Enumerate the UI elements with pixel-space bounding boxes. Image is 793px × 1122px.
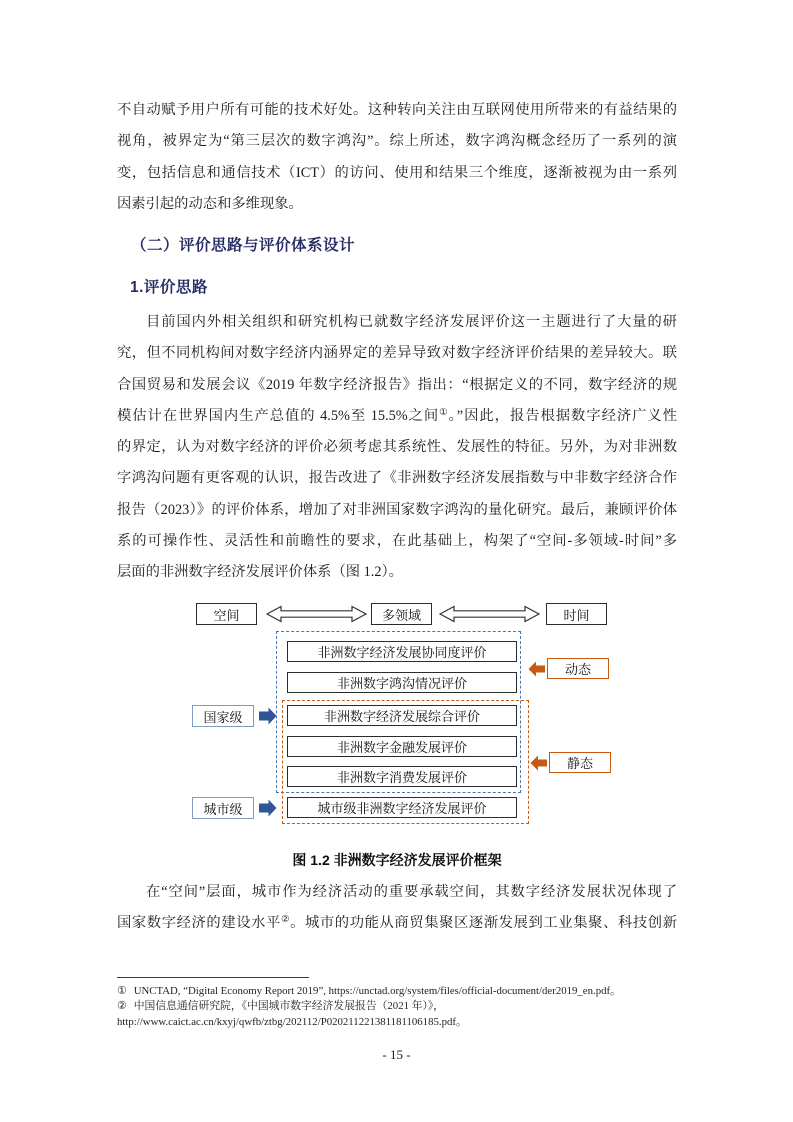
dimension-box-multidomain: 多领域 [371, 603, 432, 625]
text-line: 在“空间”层面，城市作为经济活动的重要承载空间，其数字经济发展状况体现了 [117, 877, 677, 908]
main-paragraph: 目前国内外相关组织和研究机构已就数字经济发展评价这一主题进行了大量的研 究，但不… [117, 307, 677, 589]
footnote-text: UNCTAD, “Digital Economy Report 2019”, h… [134, 985, 621, 997]
mode-box-dynamic: 动态 [547, 658, 609, 679]
text-segment: 。城市的功能从商贸集聚区逐渐发展到工业集聚、科技创新 [290, 915, 677, 931]
dimension-box-space: 空间 [196, 603, 257, 625]
footnote-ref-1: ① [439, 408, 449, 418]
footnote-continuation: http://www.caict.ac.cn/kxyj/qwfb/ztbg/20… [117, 1015, 683, 1030]
right-arrow-icon [259, 799, 277, 817]
right-arrow-icon [259, 707, 277, 725]
mode-box-static: 静态 [549, 752, 611, 773]
double-arrow-icon [439, 605, 540, 623]
footnote-marker: ① [117, 985, 127, 997]
text-line: 字鸿沟问题有更客观的认识，报告改进了《非洲数字经济发展指数与中非数字经济合作 [117, 463, 677, 494]
text-line: 变，包括信息和通信技术（ICT）的访问、使用和结果三个维度，逐渐被视为由一系列 [117, 158, 677, 189]
text-line: 视角，被界定为“第三层次的数字鸿沟”。综上所述，数字鸿沟概念经历了一系列的演 [117, 126, 677, 157]
double-arrow-icon [266, 605, 367, 623]
evaluation-box-consumption: 非洲数字消费发展评价 [287, 766, 517, 787]
text-line: 层面的非洲数字经济发展评价体系（图 1.2）。 [117, 557, 677, 588]
figure-caption: 图 1.2 非洲数字经济发展评价框架 [117, 850, 677, 870]
footnote-marker: ② [117, 1000, 127, 1012]
left-arrow-icon [530, 755, 547, 771]
text-segment: 模估计在世界国内生产总值的 4.5%至 15.5%之间 [117, 408, 439, 424]
static-group-frame [282, 700, 529, 824]
level-box-city: 城市级 [192, 797, 254, 819]
text-line: 不自动赋予用户所有可能的技术好处。这种转向关注由互联网使用所带来的有益结果的 [117, 95, 677, 126]
footnote-item: ②中国信息通信研究院，《中国城市数字经济发展报告（2021 年）》， [117, 999, 683, 1014]
footnote-item: ①UNCTAD, “Digital Economy Report 2019”, … [117, 984, 683, 999]
text-segment: 。”因此，报告根据数字经济广义性 [449, 408, 677, 424]
level-box-national: 国家级 [192, 705, 254, 727]
footnotes: ①UNCTAD, “Digital Economy Report 2019”, … [117, 984, 683, 1030]
text-segment: 国家数字经济的建设水平 [117, 915, 281, 931]
intro-paragraph: 不自动赋予用户所有可能的技术好处。这种转向关注由互联网使用所带来的有益结果的 视… [117, 95, 677, 220]
evaluation-box-digital-divide: 非洲数字鸿沟情况评价 [287, 672, 517, 693]
text-line: 目前国内外相关组织和研究机构已就数字经济发展评价这一主题进行了大量的研 [117, 307, 677, 338]
footnote-separator [117, 977, 309, 978]
text-line: 的界定，认为对数字经济的评价必须考虑其系统性、发展性的特征。另外，为对非洲数 [117, 432, 677, 463]
evaluation-box-finance: 非洲数字金融发展评价 [287, 736, 517, 757]
text-line: 系的可操作性、灵活性和前瞻性的要求，在此基础上，构架了“空间-多领域-时间”多 [117, 526, 677, 557]
section-heading: （二）评价思路与评价体系设计 [117, 233, 355, 255]
dimension-box-time: 时间 [546, 603, 607, 625]
evaluation-box-comprehensive: 非洲数字经济发展综合评价 [287, 705, 517, 726]
bottom-paragraph: 在“空间”层面，城市作为经济活动的重要承载空间，其数字经济发展状况体现了 国家数… [117, 877, 677, 940]
page-number: - 15 - [0, 1047, 793, 1063]
evaluation-box-city-level: 城市级非洲数字经济发展评价 [287, 797, 517, 818]
footnote-ref-2: ② [281, 915, 290, 925]
sub-heading: 1.评价思路 [117, 275, 208, 297]
text-line: 究，但不同机构间对数字经济内涵界定的差异导致对数字经济评价结果的差异较大。联 [117, 338, 677, 369]
document-page: 不自动赋予用户所有可能的技术好处。这种转向关注由互联网使用所带来的有益结果的 视… [0, 0, 793, 1122]
footnote-text: 中国信息通信研究院，《中国城市数字经济发展报告（2021 年）》， [134, 1000, 444, 1012]
text-line: 因素引起的动态和多维现象。 [117, 189, 677, 220]
text-line: 国家数字经济的建设水平②。城市的功能从商贸集聚区逐渐发展到工业集聚、科技创新 [117, 908, 677, 939]
text-line: 报告（2023）》的评价体系，增加了对非洲国家数字鸿沟的量化研究。最后，兼顾评价… [117, 495, 677, 526]
text-line: 合国贸易和发展会议《2019 年数字经济报告》指出：“根据定义的不同，数字经济的… [117, 370, 677, 401]
left-arrow-icon [528, 661, 545, 677]
text-line: 模估计在世界国内生产总值的 4.5%至 15.5%之间①。”因此，报告根据数字经… [117, 401, 677, 432]
national-group-frame [276, 631, 521, 793]
evaluation-box-synergy: 非洲数字经济发展协同度评价 [287, 641, 517, 662]
